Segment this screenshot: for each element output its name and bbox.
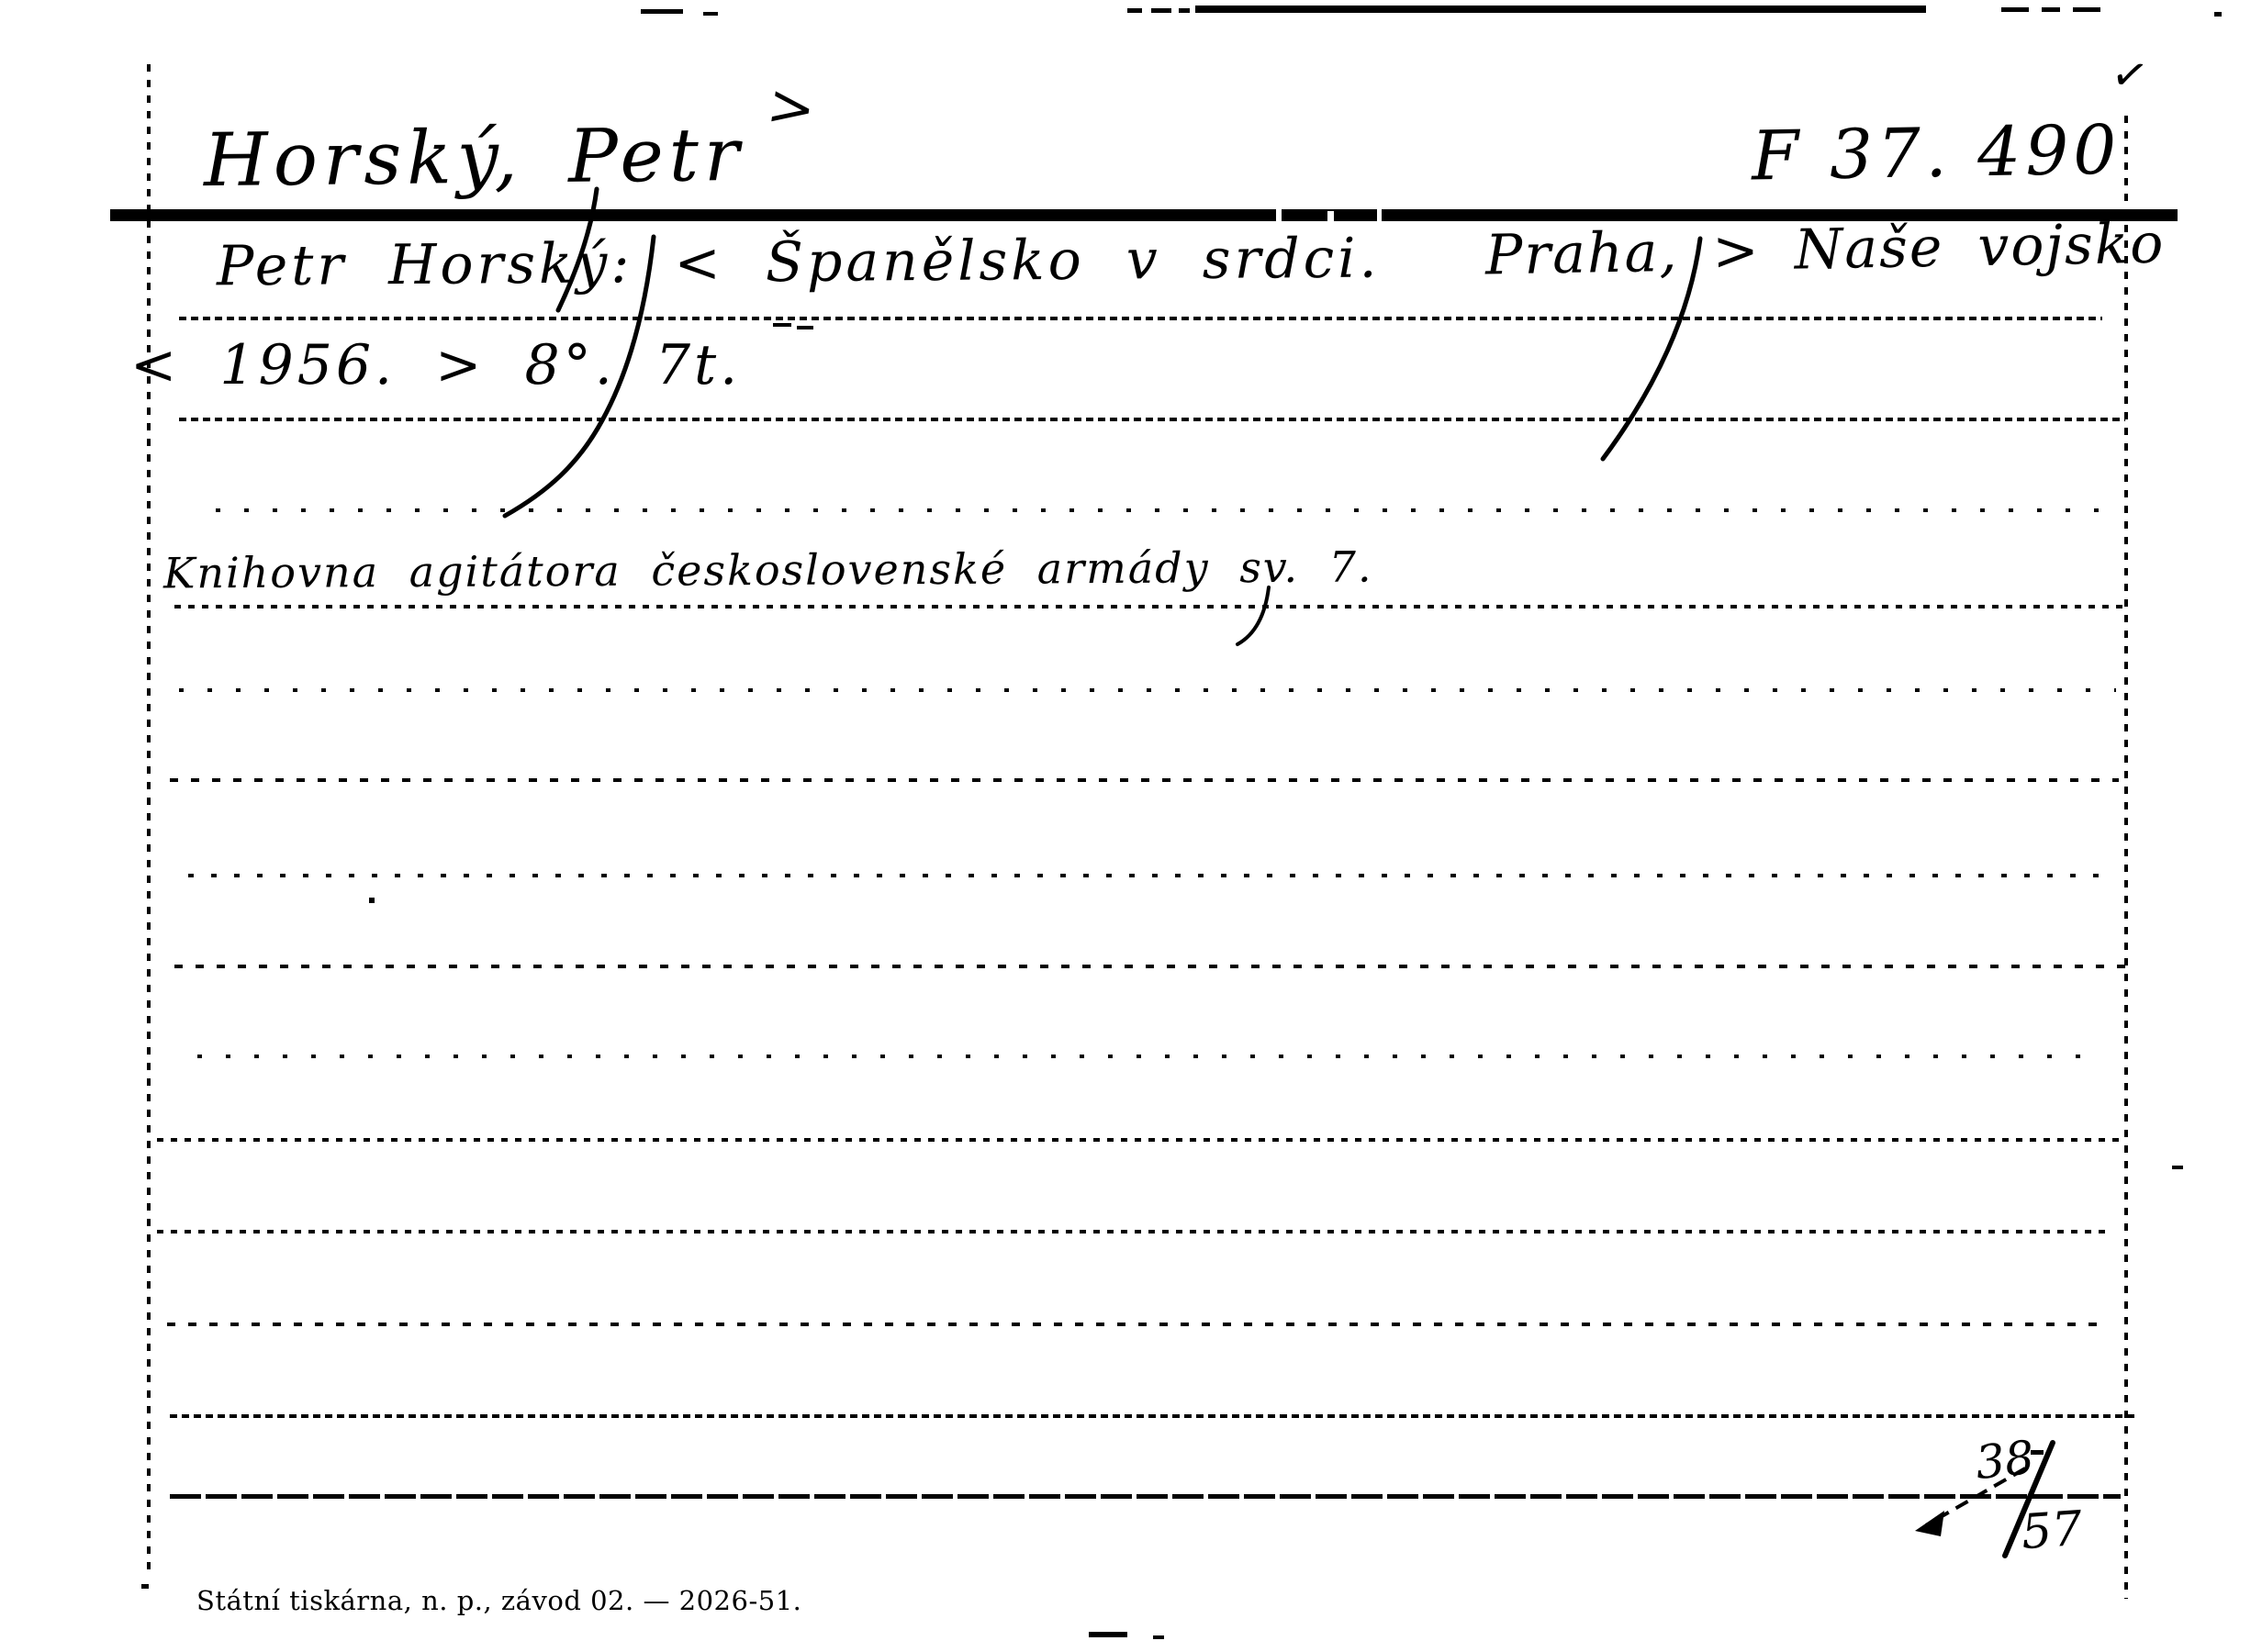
bottom-edge-dash <box>1153 1635 1164 1639</box>
header-rule-notch <box>1377 209 1382 221</box>
catalog-card-scan: { "header": { "author_heading": "Horský,… <box>0 0 2262 1652</box>
ruled-line <box>216 508 2111 512</box>
check-mark: ✓ <box>2108 50 2152 100</box>
ruled-line <box>167 1323 2110 1326</box>
ruled-line <box>157 1138 2125 1142</box>
ruled-line <box>157 1230 2111 1233</box>
series-note: Knihovna agitátora československé armády… <box>163 546 1373 595</box>
ruled-line <box>174 605 2128 608</box>
left-margin-dot <box>141 1584 149 1589</box>
left-margin-rule <box>147 64 151 1571</box>
corner-arrow-head <box>1915 1511 1944 1536</box>
author-heading: Horský, Petr <box>204 118 745 197</box>
corner-fraction-denominator: 57 <box>2020 1505 2084 1557</box>
top-edge-bar <box>1195 6 1926 13</box>
top-edge-dash <box>1127 8 1142 13</box>
underline-mark <box>797 326 813 329</box>
main-entry-line1-right: Praha, > Naše vojsko <box>1485 217 2166 284</box>
top-edge-dash <box>2042 7 2060 12</box>
top-edge-dash <box>2073 7 2100 12</box>
top-edge-dash <box>641 9 683 14</box>
main-entry-line2: < 1956. > 8°. 7t. <box>130 338 741 393</box>
top-edge-dot <box>2214 12 2222 17</box>
top-edge-dash <box>703 12 718 16</box>
corner-fraction-numerator: 38 <box>1974 1434 2037 1486</box>
top-edge-dash <box>1179 8 1190 13</box>
right-margin-rule <box>2124 116 2128 1599</box>
header-rule-notch <box>1276 209 1282 221</box>
ruled-line <box>170 1494 2121 1499</box>
top-edge-dash <box>2001 7 2029 12</box>
ruled-line <box>197 1055 2091 1058</box>
ruled-line <box>174 965 2125 968</box>
ruled-line <box>188 874 2110 877</box>
ruled-line <box>179 317 2102 320</box>
printer-imprint: Státní tiskárna, n. p., závod 02. — 2026… <box>196 1588 801 1614</box>
stray-dash <box>2172 1166 2183 1169</box>
underline-mark <box>773 323 791 327</box>
ruled-line <box>179 418 2125 421</box>
ruled-line <box>170 778 2119 782</box>
stray-dot <box>369 898 375 903</box>
top-edge-dash <box>1151 8 1171 13</box>
call-number: F 37. 490 <box>1751 116 2122 190</box>
flourish-stroke <box>1237 587 1269 644</box>
heading-angle-mark: > <box>764 76 819 140</box>
main-entry-line1-left: Petr Horský: < Španělsko v srdci. <box>217 231 1381 295</box>
ruled-line <box>170 1414 2137 1418</box>
ruled-line <box>179 688 2116 692</box>
bottom-edge-bar <box>1089 1632 1127 1637</box>
header-rule-notch <box>1327 211 1334 221</box>
